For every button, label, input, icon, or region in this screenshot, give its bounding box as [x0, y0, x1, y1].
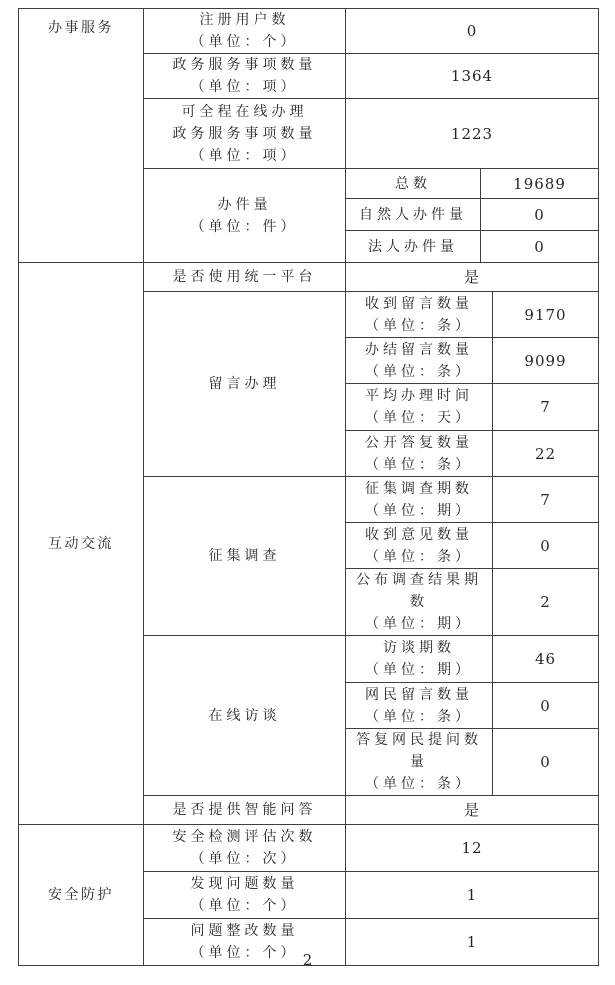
metric-label-line: 办结留言数量	[348, 339, 490, 361]
metric-label-smart-qa: 是否提供智能问答	[144, 796, 346, 825]
sub-metric-value-legal-person: 0	[481, 231, 599, 263]
metric-unit-line: （单位：次）	[146, 848, 343, 870]
metric-label-unified-platform: 是否使用统一平台	[144, 263, 346, 292]
section-cell-service: 办事服务	[19, 9, 144, 263]
metric-label-line: 征集调查期数	[348, 478, 490, 500]
sub-metric-value-netizen-messages: 0	[493, 683, 599, 729]
sub-metric-label-messages-completed: 办结留言数量 （单位：条）	[346, 338, 493, 384]
sub-metric-label-results-published: 公布调查结果期数 （单位：期）	[346, 569, 493, 636]
metric-unit-line: （单位：条）	[348, 454, 490, 476]
page-number: 2	[0, 951, 615, 969]
sub-metric-label-legal-person: 法人办件量	[346, 231, 481, 263]
metric-unit-line: （单位：期）	[348, 500, 490, 522]
sub-metric-value-survey-periods: 7	[493, 477, 599, 523]
sub-metric-label-total: 总数	[346, 169, 481, 199]
metric-value-registered-users: 0	[346, 9, 599, 54]
sub-metric-label-netizen-messages: 网民留言数量 （单位：条）	[346, 683, 493, 729]
sub-metric-label-natural-person: 自然人办件量	[346, 199, 481, 231]
sub-metric-label-messages-received: 收到留言数量 （单位：条）	[346, 292, 493, 338]
metric-value-problems-found: 1	[346, 872, 599, 919]
metric-value-gov-service-items: 1364	[346, 54, 599, 99]
metric-value-smart-qa: 是	[346, 796, 599, 825]
metric-label-line: 问题整改数量	[146, 920, 343, 942]
metric-label-line: 政务服务事项数量	[146, 123, 343, 145]
group-label-case-volume: 办件量 （单位：件）	[144, 169, 346, 263]
metric-label-problems-found: 发现问题数量 （单位：个）	[144, 872, 346, 919]
group-label-interview: 在线访谈	[144, 636, 346, 796]
metric-label-line: 政务服务事项数量	[146, 54, 343, 76]
section-cell-security: 安全防护	[19, 825, 144, 966]
metric-label-line: 可全程在线办理	[146, 101, 343, 123]
sub-metric-label-survey-periods: 征集调查期数 （单位：期）	[346, 477, 493, 523]
metric-unit-line: （单位：个）	[146, 895, 343, 917]
sub-metric-value-total: 19689	[481, 169, 599, 199]
metric-value-unified-platform: 是	[346, 263, 599, 292]
metric-label-gov-service-items: 政务服务事项数量 （单位：项）	[144, 54, 346, 99]
table-row: 办事服务 注册用户数 （单位：个） 0	[19, 9, 599, 54]
metric-unit-line: （单位：条）	[348, 361, 490, 383]
metric-label-security-assessments: 安全检测评估次数 （单位：次）	[144, 825, 346, 872]
metric-unit-line: （单位：条）	[348, 706, 490, 728]
metric-label-line: 公开答复数量	[348, 432, 490, 454]
section-cell-interaction: 互动交流	[19, 263, 144, 825]
group-unit-line: （单位：件）	[146, 216, 343, 238]
group-label-message-handling: 留言办理	[144, 292, 346, 477]
metric-label-full-online-items: 可全程在线办理 政务服务事项数量 （单位：项）	[144, 99, 346, 169]
metric-value-security-assessments: 12	[346, 825, 599, 872]
sub-metric-label-avg-handle-time: 平均办理时间 （单位：天）	[346, 384, 493, 431]
table-row: 安全防护 安全检测评估次数 （单位：次） 12	[19, 825, 599, 872]
metric-label-line: 平均办理时间	[348, 385, 490, 407]
metric-label-line: 发现问题数量	[146, 873, 343, 895]
sub-metric-value-opinions-received: 0	[493, 523, 599, 569]
metric-value-full-online-items: 1223	[346, 99, 599, 169]
metric-unit-line: （单位：条）	[348, 315, 490, 337]
table-row: 互动交流 是否使用统一平台 是	[19, 263, 599, 292]
metric-unit-line: （单位：期）	[348, 613, 490, 635]
metric-label-line: 收到留言数量	[348, 293, 490, 315]
metric-label-registered-users: 注册用户数 （单位：个）	[144, 9, 346, 54]
sub-metric-value-avg-handle-time: 7	[493, 384, 599, 431]
metric-label-line: 注册用户数	[146, 9, 343, 31]
metric-unit-line: （单位：项）	[146, 145, 343, 167]
metric-label-line: 公布调查结果期数	[348, 569, 490, 613]
sub-metric-value-questions-answered: 0	[493, 729, 599, 796]
sub-metric-value-results-published: 2	[493, 569, 599, 636]
sub-metric-label-public-replies: 公开答复数量 （单位：条）	[346, 431, 493, 477]
metric-label-line: 访谈期数	[348, 637, 490, 659]
metric-unit-line: （单位：天）	[348, 407, 490, 429]
group-label-line: 办件量	[146, 194, 343, 216]
sub-metric-label-opinions-received: 收到意见数量 （单位：条）	[346, 523, 493, 569]
sub-metric-value-interview-periods: 46	[493, 636, 599, 683]
sub-metric-label-questions-answered: 答复网民提问数量 （单位：条）	[346, 729, 493, 796]
metric-unit-line: （单位：条）	[348, 773, 490, 795]
metric-unit-line: （单位：个）	[146, 31, 343, 53]
sub-metric-value-public-replies: 22	[493, 431, 599, 477]
metric-label-line: 收到意见数量	[348, 524, 490, 546]
sub-metric-value-messages-received: 9170	[493, 292, 599, 338]
sub-metric-value-natural-person: 0	[481, 199, 599, 231]
metric-unit-line: （单位：项）	[146, 76, 343, 98]
gov-report-table: 办事服务 注册用户数 （单位：个） 0 政务服务事项数量 （单位：项） 1364…	[18, 8, 599, 966]
metric-unit-line: （单位：期）	[348, 659, 490, 681]
metric-label-line: 网民留言数量	[348, 684, 490, 706]
metric-unit-line: （单位：条）	[348, 546, 490, 568]
metric-label-line: 安全检测评估次数	[146, 826, 343, 848]
group-label-survey: 征集调查	[144, 477, 346, 636]
sub-metric-value-messages-completed: 9099	[493, 338, 599, 384]
sub-metric-label-interview-periods: 访谈期数 （单位：期）	[346, 636, 493, 683]
metric-label-line: 答复网民提问数量	[348, 729, 490, 773]
